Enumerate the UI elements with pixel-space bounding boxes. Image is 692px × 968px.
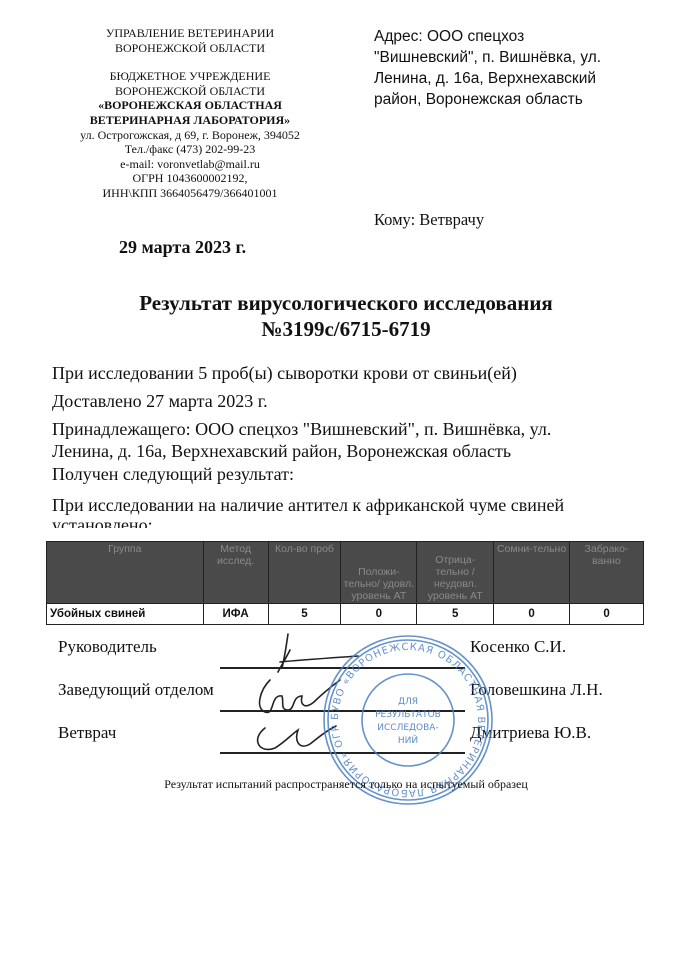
signature-line: [220, 710, 465, 712]
org-ogrn: ОГРН 1043600002192,: [50, 171, 330, 186]
org-line: БЮДЖЕТНОЕ УЧРЕЖДЕНИЕ: [50, 69, 330, 84]
column-header: Сомни-тельно: [494, 542, 570, 604]
signatory-name: Дмитриева Ю.В.: [470, 723, 591, 743]
organization-header: УПРАВЛЕНИЕ ВЕТЕРИНАРИИ ВОРОНЕЖСКОЙ ОБЛАС…: [50, 26, 330, 201]
footer-note: Результат испытаний распространяется тол…: [0, 777, 692, 792]
column-header: Метод исслед.: [203, 542, 268, 604]
signature-role: Руководитель: [58, 637, 157, 657]
org-phone: Тел./факс (473) 202-99-23: [50, 142, 330, 157]
column-header: Положи-тельно/ удовл. уровень АТ: [341, 542, 417, 604]
signature-role: Заведующий отделом: [58, 680, 214, 700]
stamp-center-text: РЕЗУЛЬТАТОВ: [375, 710, 441, 720]
signature-line: [220, 752, 465, 754]
title-line: Результат вирусологического исследования: [0, 290, 692, 316]
recipient: Кому: Ветврачу: [374, 210, 484, 230]
org-line: ВЕТЕРИНАРНАЯ ЛАБОРАТОРИЯ»: [50, 113, 330, 128]
table-header-row: Группа Метод исслед. Кол-во проб Положи-…: [47, 542, 644, 604]
table-cell: 5: [417, 604, 494, 625]
handwritten-signatures: [240, 630, 360, 765]
samples-text: При исследовании 5 проб(ы) сыворотки кро…: [52, 362, 517, 384]
stamp-center-text: НИЙ: [398, 734, 418, 746]
signature-role: Ветврач: [58, 723, 116, 743]
signatory-name: Косенко С.И.: [470, 637, 566, 657]
stamp-center-text: ДЛЯ: [398, 697, 418, 707]
column-header: Группа: [47, 542, 204, 604]
table-cell: 0: [341, 604, 417, 625]
document-number: №3199с/6715-6719: [0, 316, 692, 342]
column-header: Забрако-ванно: [570, 542, 644, 604]
org-line: «ВОРОНЕЖСКАЯ ОБЛАСТНАЯ: [50, 98, 330, 113]
result-intro: Получен следующий результат:: [52, 463, 294, 485]
study-text: установлено:: [52, 514, 153, 528]
table-row: Убойных свиней ИФА 5 0 5 0 0: [47, 604, 644, 625]
address-line: Адрес: ООО спецхоз: [374, 26, 644, 47]
table-cell: 0: [494, 604, 570, 625]
table-cell: ИФА: [203, 604, 268, 625]
recipient-address: Адрес: ООО спецхоз "Вишневский", п. Вишн…: [374, 26, 644, 110]
svg-text:БУВО «ВОРОНЕЖСКАЯ ОБЛАСТНАЯ ВЕ: БУВО «ВОРОНЕЖСКАЯ ОБЛАСТНАЯ ВЕТЕРИНАРНАЯ…: [318, 630, 486, 798]
address-line: район, Воронежская область: [374, 89, 644, 110]
stamp-ring-text: БУВО «ВОРОНЕЖСКАЯ ОБЛАСТНАЯ ВЕТЕРИНАРНАЯ…: [318, 630, 486, 798]
delivered-text: Доставлено 27 марта 2023 г.: [52, 390, 268, 412]
results-table: Группа Метод исслед. Кол-во проб Положи-…: [46, 541, 644, 625]
document-date: 29 марта 2023 г.: [119, 237, 246, 258]
stamp-center-text: ИССЛЕДОВА-: [377, 723, 438, 733]
org-email: e-mail: voronvetlab@mail.ru: [50, 157, 330, 172]
signatory-name: Головешкина Л.Н.: [470, 680, 603, 700]
owner-text: Ленина, д. 16а, Верхнехавский район, Вор…: [52, 440, 511, 462]
column-header: Отрица-тельно / неудовл. уровень АТ: [417, 542, 494, 604]
study-text: При исследовании на наличие антител к аф…: [52, 494, 564, 516]
org-line: ВОРОНЕЖСКОЙ ОБЛАСТИ: [50, 41, 330, 56]
signature-line: [220, 667, 465, 669]
table-cell: 0: [570, 604, 644, 625]
address-line: Ленина, д. 16а, Верхнехавский: [374, 68, 644, 89]
table-cell: 5: [268, 604, 341, 625]
org-address: ул. Острогожская, д 69, г. Воронеж, 3940…: [50, 128, 330, 143]
address-line: "Вишневский", п. Вишнёвка, ул.: [374, 47, 644, 68]
org-line: ВОРОНЕЖСКОЙ ОБЛАСТИ: [50, 84, 330, 99]
table-cell: Убойных свиней: [47, 604, 204, 625]
owner-text: Принадлежащего: ООО спецхоз "Вишневский"…: [52, 418, 551, 440]
column-header: Кол-во проб: [268, 542, 341, 604]
document-title: Результат вирусологического исследования…: [0, 290, 692, 342]
org-inn-kpp: ИНН\КПП 3664056479/366401001: [50, 186, 330, 201]
org-line: УПРАВЛЕНИЕ ВЕТЕРИНАРИИ: [50, 26, 330, 41]
